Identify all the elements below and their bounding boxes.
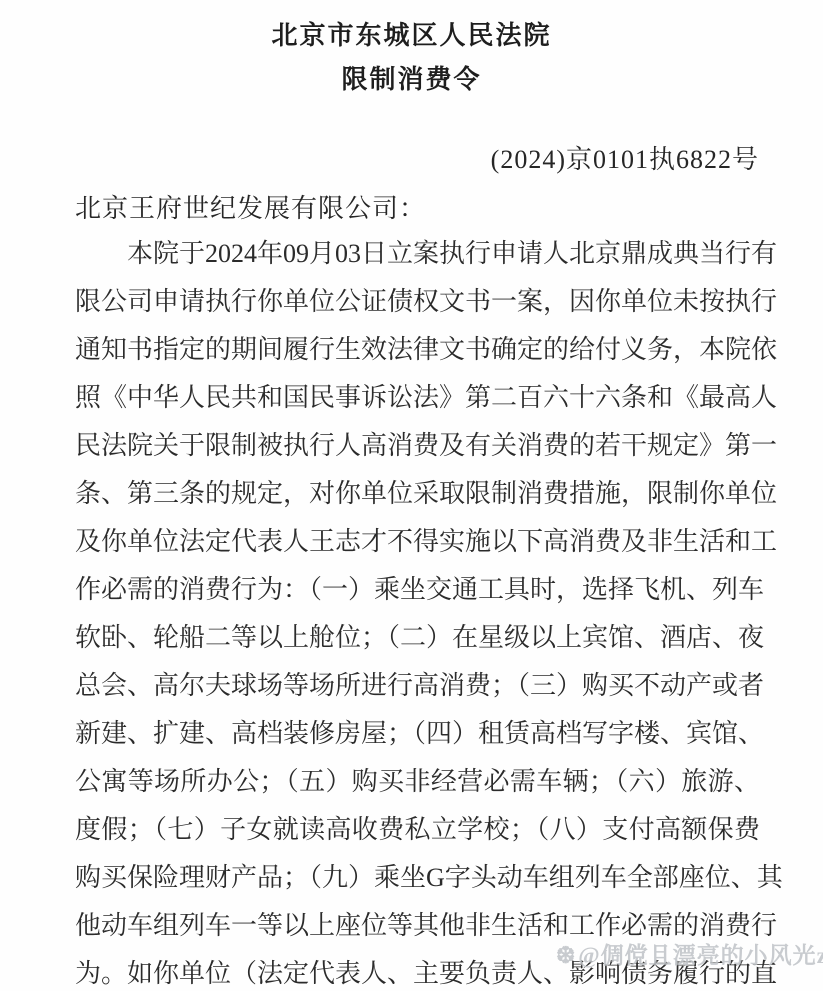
body-line: 照《中华人民共和国民事诉讼法》第二百六十六条和《最高人 — [75, 374, 760, 422]
body-line: 限公司申请执行你单位公证债权文书一案，因你单位未按执行 — [75, 278, 760, 326]
body-line: 总会、高尔夫球场等场所进行高消费；（三）购买不动产或者 — [75, 662, 760, 710]
body-line: 条、第三条的规定，对你单位采取限制消费措施，限制你单位 — [75, 470, 760, 518]
document-type-title: 限制消费令 — [0, 58, 823, 102]
body-line: 度假；（七）子女就读高收费私立学校；（八）支付高额保费 — [75, 806, 760, 854]
body-line: 民法院关于限制被执行人高消费及有关消费的若干规定》第一 — [75, 422, 760, 470]
court-order-document: 北京市东城区人民法院 限制消费令 (2024)京0101执6822号 北京王府世… — [0, 0, 823, 991]
body-line: 新建、扩建、高档装修房屋；（四）租赁高档写字楼、宾馆、 — [75, 710, 760, 758]
document-body: 本院于2024年09月03日立案执行申请人北京鼎成典当行有限公司申请执行你单位公… — [75, 230, 760, 991]
body-line: 本院于2024年09月03日立案执行申请人北京鼎成典当行有 — [75, 230, 760, 278]
watermark-text: @倜傥且漂亮的小风光z — [578, 943, 823, 968]
body-line: 及你单位法定代表人王志才不得实施以下高消费及非生活和工 — [75, 518, 760, 566]
body-line: 公寓等场所办公；（五）购买非经营必需车辆；（六）旅游、 — [75, 758, 760, 806]
watermark: ❆@倜傥且漂亮的小风光z — [556, 941, 823, 971]
addressee-company: 北京王府世纪发展有限公司： — [0, 191, 823, 227]
body-line: 通知书指定的期间履行生效法律文书确定的给付义务，本院依 — [75, 326, 760, 374]
case-number: (2024)京0101执6822号 — [0, 142, 823, 178]
body-line: 软卧、轮船二等以上舱位；（二）在星级以上宾馆、酒店、夜 — [75, 614, 760, 662]
body-line: 购买保险理财产品；（九）乘坐G字头动车组列车全部座位、其 — [75, 854, 760, 902]
snowflake-icon: ❆ — [556, 943, 576, 968]
body-line: 作必需的消费行为：（一）乘坐交通工具时，选择飞机、列车 — [75, 566, 760, 614]
court-name: 北京市东城区人民法院 — [0, 14, 823, 58]
